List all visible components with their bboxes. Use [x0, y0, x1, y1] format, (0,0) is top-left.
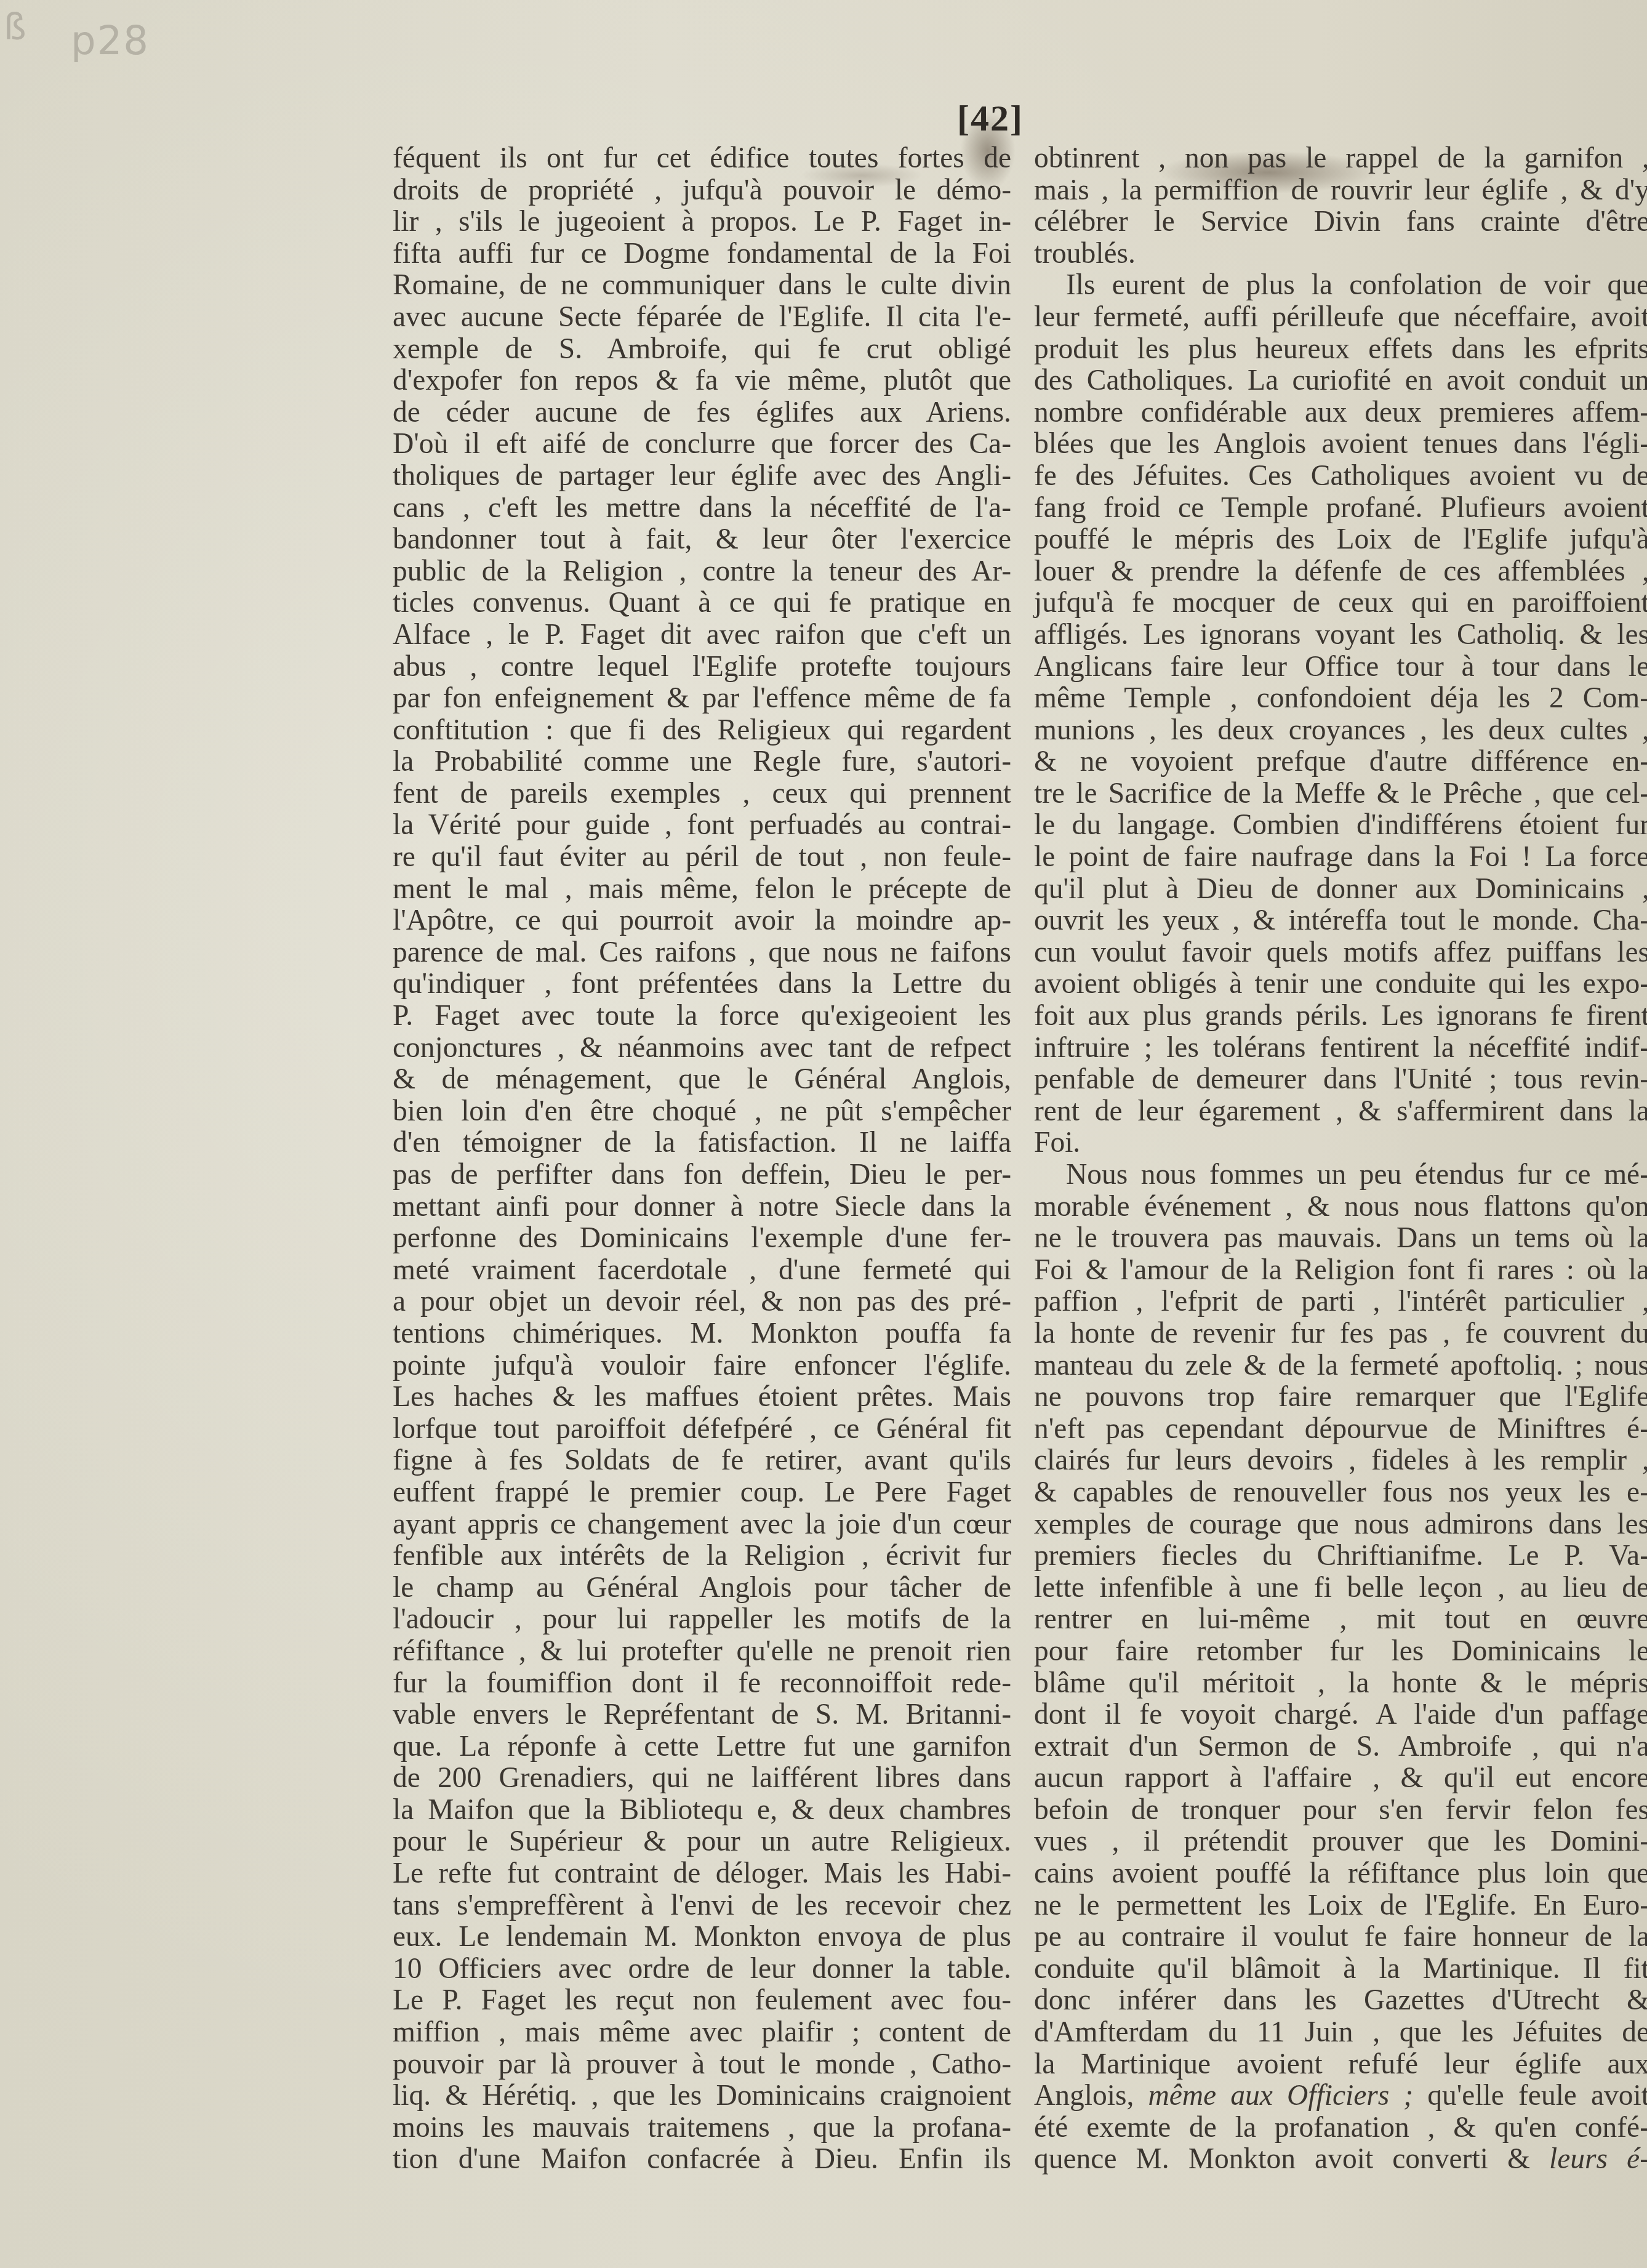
left-text-column: féquent ils ont fur cet édifice toutes f… [393, 143, 1011, 2176]
text-line: 10 Officiers avec ordre de leur donner l… [393, 1953, 1011, 1985]
text-line: pe au contraire il voulut fe faire honne… [1034, 1921, 1647, 1953]
text-line: lir , s'ils le jugeoient à propos. Le P.… [393, 206, 1011, 238]
text-line: le champ au Général Anglois pour tâcher … [393, 1572, 1011, 1604]
text-line: Les haches & les maffues étoient prêtes.… [393, 1381, 1011, 1413]
text-line: ouvrit les yeux , & intéreffa tout le mo… [1034, 905, 1647, 937]
text-line: tentions chimériques. M. Monkton pouffa … [393, 1318, 1011, 1350]
text-line: cans , c'eft les mettre dans la néceffit… [393, 493, 1011, 525]
text-line: conduite qu'il blâmoit à la Martinique. … [1034, 1953, 1647, 1985]
text-line: troublés. [1034, 238, 1647, 270]
text-line: re qu'il faut éviter au péril de tout , … [393, 842, 1011, 874]
text-line: xemples de courage que nous admirons dan… [1034, 1509, 1647, 1541]
text-line: de céder aucune de fes églifes aux Arien… [393, 397, 1011, 429]
scanned-page: ß p28 [42] féquent ils ont fur cet édifi… [0, 0, 1647, 2268]
italic-span: leurs é- [1549, 2143, 1647, 2175]
text-line: Foi. [1034, 1127, 1647, 1159]
text-line: fifta auffi fur ce Dogme fondamental de … [393, 238, 1011, 270]
right-text-column: obtinrent , non pas le rappel de la garn… [1034, 143, 1647, 2176]
text-line: Ils eurent de plus la confolation de voi… [1034, 270, 1647, 302]
text-line: vable envers le Repréfentant de S. M. Br… [393, 1699, 1011, 1731]
text-line: blâme qu'il méritoit , la honte & le mép… [1034, 1668, 1647, 1700]
text-line: Nous nous fommes un peu étendus fur ce m… [1034, 1159, 1647, 1191]
text-line: pointe jufqu'à vouloir faire enfoncer l'… [393, 1350, 1011, 1382]
text-line: d'expofer fon repos & fa vie même, plutô… [393, 365, 1011, 397]
text-line: manteau du zele & de la fermeté apoftoli… [1034, 1350, 1647, 1382]
text-line: xemple de S. Ambroife, qui fe crut oblig… [393, 334, 1011, 366]
text-line: penfable de demeurer dans l'Unité ; tous… [1034, 1064, 1647, 1096]
text-line: conjonctures , & néanmoins avec tant de … [393, 1032, 1011, 1064]
text-line: l'Apôtre, ce qui pourroit avoir la moind… [393, 905, 1011, 937]
text-line: ment le mal , mais même, felon le précep… [393, 874, 1011, 906]
text-line: le du langage. Combien d'indifférens éto… [1034, 810, 1647, 842]
text-line: meté vraiment facerdotale , d'une fermet… [393, 1255, 1011, 1287]
text-line: perfonne des Dominicains l'exemple d'une… [393, 1223, 1011, 1255]
text-line: pouffé le mépris des Loix de l'Eglife ju… [1034, 524, 1647, 556]
text-line: mais , la permiffion de rouvrir leur égl… [1034, 175, 1647, 207]
text-line: abus , contre lequel l'Eglife protefte t… [393, 651, 1011, 683]
text-line: a pour objet un devoir réel, & non pas d… [393, 1286, 1011, 1318]
text-line: des Catholiques. La curiofité en avoit c… [1034, 365, 1647, 397]
text-line: D'où il eft aifé de conclurre que forcer… [393, 428, 1011, 460]
text-line: befoin de tronquer pour s'en fervir felo… [1034, 1795, 1647, 1827]
text-line: Alface , le P. Faget dit avec raifon que… [393, 619, 1011, 651]
text-line: nombre confidérable aux deux premieres a… [1034, 397, 1647, 429]
text-line: Anglicans faire leur Office tour à tour … [1034, 651, 1647, 683]
text-line: même Temple , confondoient déja les 2 Co… [1034, 683, 1647, 715]
text-line: bandonner tout à fait, & leur ôter l'exe… [393, 524, 1011, 556]
text-line: paffion , l'efprit de parti , l'intérêt … [1034, 1286, 1647, 1318]
text-line: ayant appris ce changement avec la joie … [393, 1509, 1011, 1541]
text-line: eux. Le lendemain M. Monkton envoya de p… [393, 1921, 1011, 1953]
text-line: & ne voyoient prefque d'autre différence… [1034, 746, 1647, 778]
text-line: quence M. Monkton avoit converti & leurs… [1034, 2144, 1647, 2176]
text-line: d'Amfterdam du 11 Juin , que les Jéfuite… [1034, 2017, 1647, 2049]
text-line: fang froid ce Temple profané. Plufieurs … [1034, 493, 1647, 525]
text-line: l'adoucir , pour lui rappeller les motif… [393, 1604, 1011, 1636]
text-line: pour faire retomber fur les Dominicains … [1034, 1636, 1647, 1668]
text-line: louer & prendre la défenfe de ces affemb… [1034, 556, 1647, 588]
text-line: leur fermeté, auffi périlleufe que nécef… [1034, 302, 1647, 334]
text-line: Romaine, de ne communiquer dans le culte… [393, 270, 1011, 302]
italic-span: même aux Officiers ; [1148, 2080, 1427, 2112]
text-line: fent de pareils exemples , ceux qui pren… [393, 778, 1011, 810]
text-line: la Martinique avoient refufé leur églife… [1034, 2049, 1647, 2081]
text-line: n'eft pas cependant dépourvue de Miniftr… [1034, 1413, 1647, 1446]
text-line: tion d'une Maifon confacrée à Dieu. Enfi… [393, 2144, 1011, 2176]
text-line: blées que les Anglois avoient tenues dan… [1034, 428, 1647, 460]
text-line: Foi & l'amour de la Religion font fi rar… [1034, 1255, 1647, 1287]
text-line: par fon enfeignement & par l'effence mêm… [393, 683, 1011, 715]
text-line: pouvoir par là prouver à tout le monde ,… [393, 2049, 1011, 2081]
text-line: célébrer le Service Divin fans crainte d… [1034, 206, 1647, 238]
text-line: euffent frappé le premier coup. Le Pere … [393, 1477, 1011, 1509]
text-line: la Maifon que la Bibliotequ e, & deux ch… [393, 1795, 1011, 1827]
text-line: moins les mauvais traitemens , que la pr… [393, 2112, 1011, 2144]
text-line: clairés fur leurs devoirs , fideles à le… [1034, 1445, 1647, 1477]
text-line: ticles convenus. Quant à ce qui fe prati… [393, 587, 1011, 619]
corner-ink-mark: ß [4, 6, 26, 48]
text-line: jufqu'à fe mocquer de ceux qui en paroif… [1034, 587, 1647, 619]
text-line: qu'il plut à Dieu de donner aux Dominica… [1034, 874, 1647, 906]
text-line: munions , les deux croyances , les deux … [1034, 715, 1647, 747]
text-line: & capables de renouveller fous nos yeux … [1034, 1477, 1647, 1509]
text-line: parence de mal. Ces raifons , que nous n… [393, 937, 1011, 969]
text-line: fe des Jéfuites. Ces Catholiques avoient… [1034, 460, 1647, 493]
text-line: droits de propriété , jufqu'à pouvoir le… [393, 175, 1011, 207]
text-line: inftruire ; les tolérans fentirent la né… [1034, 1032, 1647, 1064]
text-line: ne le permettent les Loix de l'Eglife. E… [1034, 1890, 1647, 1922]
page-number: [42] [957, 97, 1024, 140]
text-line: avec aucune Secte féparée de l'Eglife. I… [393, 302, 1011, 334]
handwritten-margin-note: p28 [71, 18, 150, 64]
text-line: lette infenfible à une fi belle leçon , … [1034, 1572, 1647, 1604]
text-line: dont il fe voyoit chargé. A l'aide d'un … [1034, 1699, 1647, 1731]
text-line: d'en témoigner de la fatisfaction. Il ne… [393, 1127, 1011, 1159]
text-line: lorfque tout paroiffoit défefpéré , ce G… [393, 1413, 1011, 1446]
text-line: pour le Supérieur & pour un autre Religi… [393, 1826, 1011, 1858]
text-line: obtinrent , non pas le rappel de la garn… [1034, 143, 1647, 175]
text-line: liq. & Hérétiq. , que les Dominicains cr… [393, 2080, 1011, 2112]
text-line: tholiques de partager leur églife avec d… [393, 460, 1011, 493]
text-line: foit aux plus grands périls. Les ignoran… [1034, 1000, 1647, 1032]
text-line: rentrer en lui-même , mit tout en œuvre [1034, 1604, 1647, 1636]
text-line: le point de faire naufrage dans la Foi !… [1034, 842, 1647, 874]
text-line: donc inférer dans les Gazettes d'Utrecht… [1034, 1985, 1647, 2017]
text-line: aucun rapport à l'affaire , & qu'il eut … [1034, 1763, 1647, 1795]
text-line: de 200 Grenadiers, qui ne laifférent lib… [393, 1763, 1011, 1795]
text-line: Anglois, même aux Officiers ; qu'elle fe… [1034, 2080, 1647, 2112]
text-line: la Probabilité comme une Regle fure, s'a… [393, 746, 1011, 778]
text-line: Le P. Faget les reçut non feulement avec… [393, 1985, 1011, 2017]
text-line: cun voulut favoir quels motifs affez pui… [1034, 937, 1647, 969]
text-line: miffion , mais même avec plaifir ; conte… [393, 2017, 1011, 2049]
text-line: premiers fiecles du Chriftianifme. Le P.… [1034, 1540, 1647, 1572]
text-line: qu'indiquer , font préfentées dans la Le… [393, 968, 1011, 1000]
text-line: affligés. Les ignorans voyant les Cathol… [1034, 619, 1647, 651]
text-line: été exemte de la profanation , & qu'en c… [1034, 2112, 1647, 2144]
text-line: que. La réponfe à cette Lettre fut une g… [393, 1731, 1011, 1763]
text-line: morable événement , & nous nous flattons… [1034, 1191, 1647, 1223]
text-line: figne à fes Soldats de fe retirer, avant… [393, 1445, 1011, 1477]
text-line: Le refte fut contraint de déloger. Mais … [393, 1858, 1011, 1890]
text-line: ne le trouvera pas mauvais. Dans un tems… [1034, 1223, 1647, 1255]
text-line: réfiftance , & lui protefter qu'elle ne … [393, 1636, 1011, 1668]
text-line: fenfible aux intérêts de la Religion , é… [393, 1540, 1011, 1572]
text-line: avoient obligés à tenir une conduite qui… [1034, 968, 1647, 1000]
text-line: ne pouvons trop faire remarquer que l'Eg… [1034, 1381, 1647, 1413]
text-line: la Vérité pour guide , font perfuadés au… [393, 810, 1011, 842]
text-line: la honte de revenir fur fes pas , fe cou… [1034, 1318, 1647, 1350]
text-line: tans s'empreffèrent à l'envi de les rece… [393, 1890, 1011, 1922]
text-line: tre le Sacrifice de la Meffe & le Prêche… [1034, 778, 1647, 810]
text-line: fur la foumiffion dont il fe reconnoiffo… [393, 1668, 1011, 1700]
text-line: cains avoient pouffé la réfiftance plus … [1034, 1858, 1647, 1890]
text-line: public de la Religion , contre la teneur… [393, 556, 1011, 588]
text-line: pas de perfifter dans fon deffein, Dieu … [393, 1159, 1011, 1191]
text-line: vues , il prétendit prouver que les Domi… [1034, 1826, 1647, 1858]
text-line: produit les plus heureux effets dans les… [1034, 334, 1647, 366]
text-line: & de ménagement, que le Général Anglois, [393, 1064, 1011, 1096]
text-line: féquent ils ont fur cet édifice toutes f… [393, 143, 1011, 175]
text-line: bien loin d'en être choqué , ne pût s'em… [393, 1096, 1011, 1128]
text-line: rent de leur égarement , & s'affermirent… [1034, 1096, 1647, 1128]
text-line: conftitution : que fi des Religieux qui … [393, 715, 1011, 747]
text-line: P. Faget avec toute la force qu'exigeoie… [393, 1000, 1011, 1032]
text-line: mettant ainfi pour donner à notre Siecle… [393, 1191, 1011, 1223]
text-line: extrait d'un Sermon de S. Ambroife , qui… [1034, 1731, 1647, 1763]
